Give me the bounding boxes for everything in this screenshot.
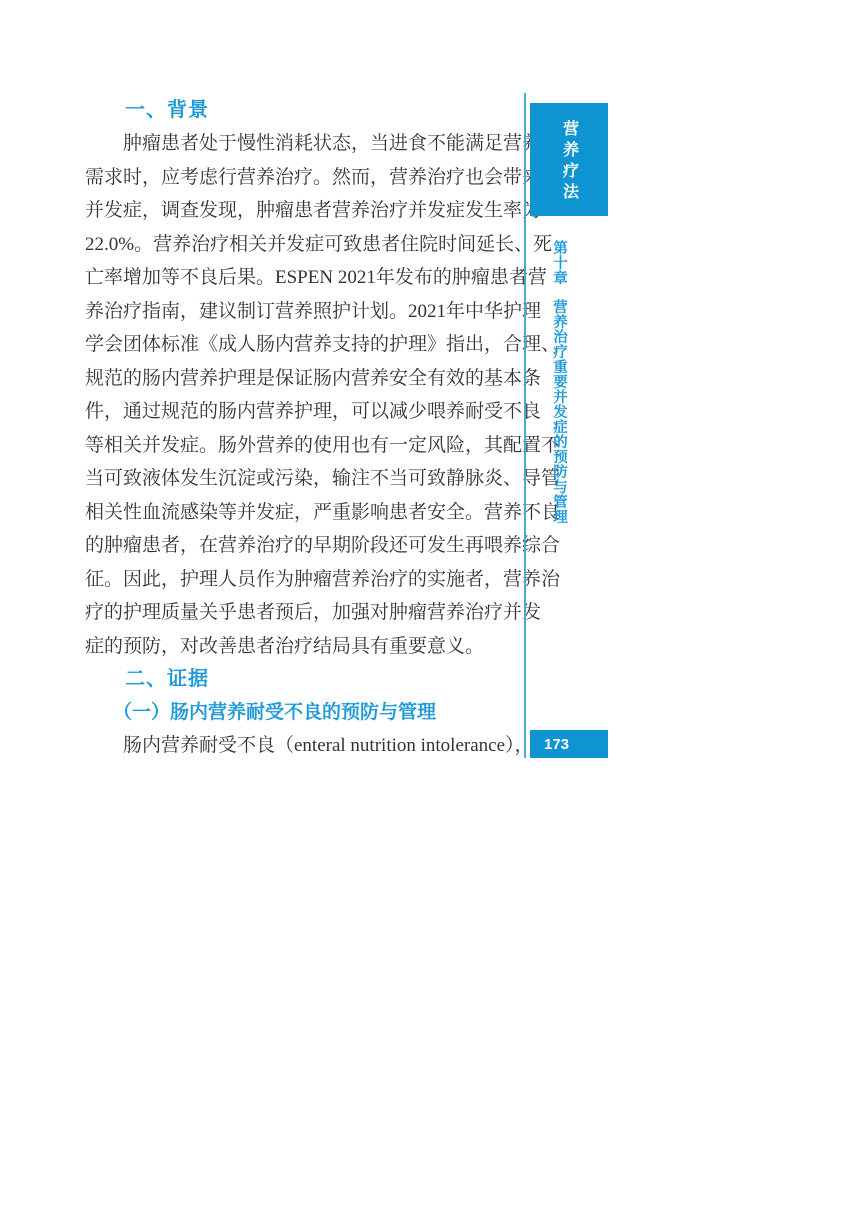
section-heading-evidence: 二、证据	[85, 663, 511, 696]
body-text-line: 症的预防，对改善患者治疗结局具有重要意义。	[85, 630, 511, 664]
chapter-title-label: 营养治疗重要并发症的预防与管理	[551, 299, 567, 524]
chapter-number-label: 第十章	[551, 240, 567, 285]
body-text-line: 肠内营养耐受不良（enteral nutrition intolerance），	[85, 729, 511, 763]
body-text-line: 22.0%。营养治疗相关并发症可致患者住院时间延长、死	[85, 228, 511, 262]
body-text-line: 疗的护理质量关乎患者预后，加强对肿瘤营养治疗并发	[85, 596, 511, 630]
body-text-line: 规范的肠内营养护理是保证肠内营养安全有效的基本条	[85, 362, 511, 396]
body-text-line: 并发症，调查发现，肿瘤患者营养治疗并发症发生率为	[85, 194, 511, 228]
body-text-line: 当可致液体发生沉淀或污染，输注不当可致静脉炎、导管	[85, 462, 511, 496]
section-tab: 营养疗法	[530, 103, 608, 216]
body-text-line: 养治疗指南，建议制订营养照护计划。2021年中华护理	[85, 295, 511, 329]
subheading-enteral-nutrition-intolerance: （一）肠内营养耐受不良的预防与管理	[85, 696, 511, 729]
section-tab-label: 营养疗法	[558, 120, 581, 204]
body-text-line: 亡率增加等不良后果。ESPEN 2021年发布的肿瘤患者营	[85, 261, 511, 295]
book-page: { "colors": { "accent_box": "#0f94d2", "…	[0, 0, 867, 1218]
body-text-line: 学会团体标准《成人肠内营养支持的护理》指出，合理、	[85, 328, 511, 362]
body-text-line: 的肿瘤患者，在营养治疗的早期阶段还可发生再喂养综合	[85, 529, 511, 563]
sidebar-divider-rule	[524, 93, 526, 758]
body-text-line: 相关性血流感染等并发症，严重影响患者安全。营养不良	[85, 496, 511, 530]
body-text-line: 件，通过规范的肠内营养护理，可以减少喂养耐受不良	[85, 395, 511, 429]
page-number: 173	[544, 736, 569, 753]
main-text-column: 一、背景 肿瘤患者处于慢性消耗状态，当进食不能满足营养 需求时，应考虑行营养治疗…	[85, 94, 511, 763]
body-text-line: 征。因此，护理人员作为肿瘤营养治疗的实施者，营养治	[85, 563, 511, 597]
body-text-line: 需求时，应考虑行营养治疗。然而，营养治疗也会带来	[85, 161, 511, 195]
section-heading-background: 一、背景	[85, 94, 511, 127]
body-text-line: 肿瘤患者处于慢性消耗状态，当进食不能满足营养	[85, 127, 511, 161]
page-number-badge: 173	[530, 730, 608, 758]
chapter-vertical-title: 第十章营养治疗重要并发症的预防与管理	[549, 240, 570, 524]
body-text-line: 等相关并发症。肠外营养的使用也有一定风险，其配置不	[85, 429, 511, 463]
